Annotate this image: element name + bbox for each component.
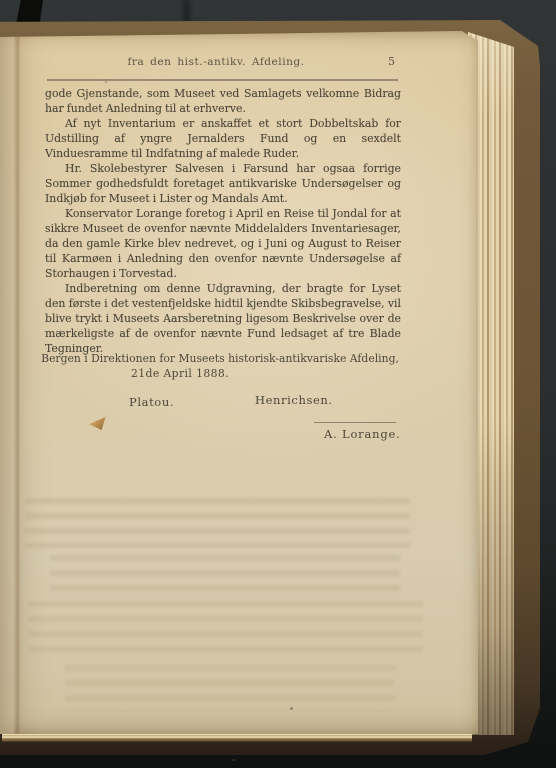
show-through-text-smudge	[65, 665, 395, 711]
page-number: 5	[388, 55, 395, 68]
signature-lorange: A. Lorange.	[324, 427, 401, 441]
running-header: fra den hist.-antikv. Afdeling.	[36, 56, 396, 68]
scanned-book-photo: fra den hist.-antikv. Afdeling. 5 gode G…	[0, 0, 556, 768]
paper-speck-triangle	[89, 417, 107, 430]
gutter-highlight	[0, 31, 14, 734]
book-page: fra den hist.-antikv. Afdeling. 5 gode G…	[0, 31, 478, 734]
closing-dateline-date: 21de April 1888.	[131, 367, 229, 380]
dust-speck	[232, 759, 235, 761]
gutter-shadow	[15, 31, 20, 734]
closing-dateline-place: Bergen i Direktionen for Museets histori…	[40, 352, 400, 365]
paragraph-1: gode Gjenstande, som Museet ved Samlaget…	[45, 86, 401, 116]
show-through-text-smudge	[28, 601, 423, 659]
header-rule	[47, 79, 398, 81]
show-through-text-smudge	[50, 555, 400, 595]
paper-speck	[290, 707, 293, 710]
signature-platou: Platou.	[129, 395, 174, 409]
paragraph-5: Indberetning om denne Udgravning, der br…	[45, 281, 401, 356]
body-text: gode Gjenstande, som Museet ved Samlaget…	[45, 86, 401, 356]
paper-speck	[105, 81, 107, 83]
signature-henrichsen: Henrichsen.	[255, 393, 333, 407]
bottom-page-edges	[2, 733, 472, 742]
countersignature-rule	[314, 422, 396, 423]
show-through-text-smudge	[25, 498, 410, 548]
paragraph-3: Hr. Skolebestyrer Salvesen i Farsund har…	[45, 161, 401, 206]
paragraph-2: Af nyt Inventarium er anskaffet et stort…	[45, 116, 401, 161]
paragraph-4: Konservator Lorange foretog i April en R…	[45, 206, 401, 281]
